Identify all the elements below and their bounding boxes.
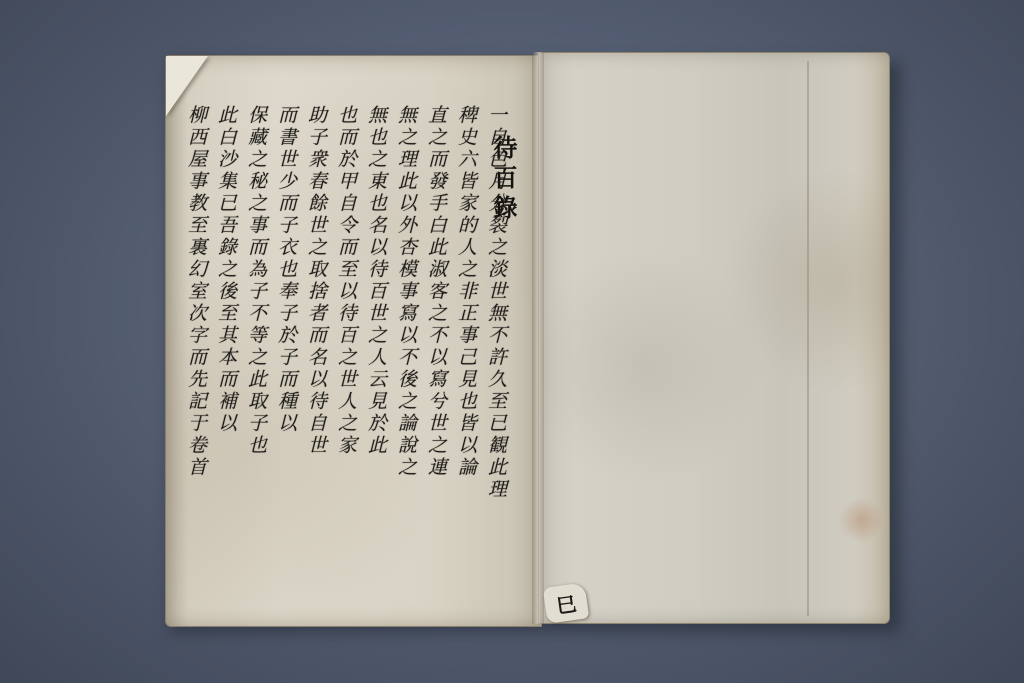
text-column: 無也之東也名以待百世之人云見於此 — [364, 105, 388, 605]
text-column: 此白沙集已吾錄之後至其本而補以 — [214, 105, 238, 605]
text-column: 而書世少而子衣也奉子於子而種以 — [274, 105, 298, 605]
text-column: 柳西屋事教至裏幻室次字而先記于卷首 — [184, 105, 208, 605]
spine-paper-tag: 巳 — [543, 582, 590, 623]
right-page-blank — [538, 52, 890, 624]
open-manuscript-book: 待百錄 一自色月分裂之淡世無不許久至已観此理 稗史六皆家的人之非正事己見也皆以論… — [0, 0, 1024, 683]
text-column: 直之而發手白此淑客之不以寫兮世之連 — [424, 105, 448, 605]
book-gutter — [532, 52, 544, 624]
text-column: 無之理此以外杏模事寫以不後之論說之 — [394, 105, 418, 605]
text-column: 也而於甲自令而至以待百之世人之家 — [334, 105, 358, 605]
text-column: 稗史六皆家的人之非正事己見也皆以論 — [454, 105, 478, 605]
text-column: 助子衆春餘世之取捨者而名以待自世 — [304, 105, 328, 605]
text-column: 一自色月分裂之淡世無不許久至已観此理 — [484, 105, 508, 605]
handwritten-text-block: 一自色月分裂之淡世無不許久至已観此理 稗史六皆家的人之非正事己見也皆以論 直之而… — [178, 105, 508, 605]
text-column: 保藏之秘之事而為子不等之此取子也 — [244, 105, 268, 605]
